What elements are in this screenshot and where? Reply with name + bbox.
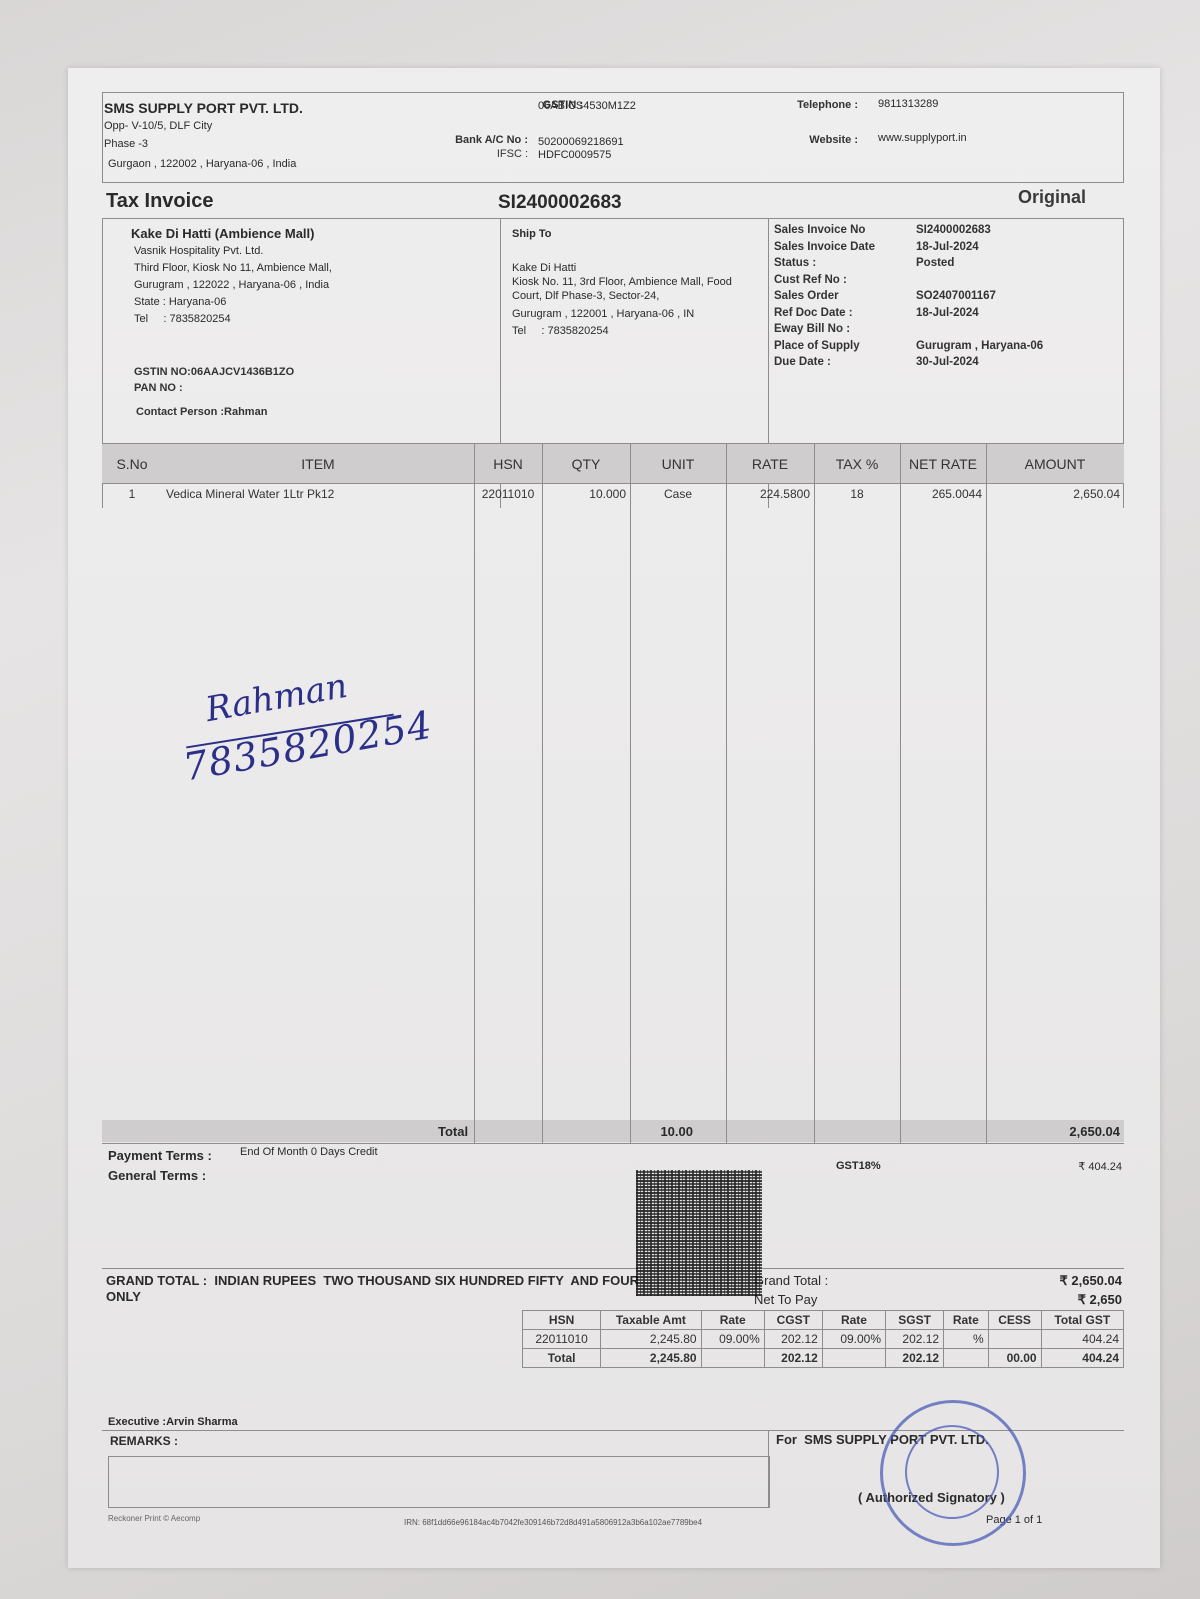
column-divider — [726, 443, 727, 1143]
table-cell: SGST — [886, 1311, 944, 1330]
divider — [102, 218, 1124, 219]
table-cell: 224.5800 — [730, 487, 810, 501]
column-header: ITEM — [162, 456, 474, 472]
total-label: Total — [438, 1124, 468, 1139]
bill-to-line: State : Haryana-06 — [134, 296, 226, 308]
bill-to-line: Tel : 7835820254 — [134, 313, 231, 325]
table-cell: 00.00 — [988, 1349, 1041, 1368]
payment-terms-label: Payment Terms : — [108, 1148, 212, 1163]
total-amount: 2,650.04 — [1008, 1124, 1120, 1139]
table-row: HSNTaxable AmtRateCGSTRateSGSTRateCESSTo… — [523, 1311, 1124, 1330]
table-cell: % — [944, 1330, 989, 1349]
irn-number: IRN: 68f1dd66e96184ac4b7042fe309146b72d8… — [404, 1518, 702, 1527]
meta-label: Eway Bill No : — [774, 323, 850, 335]
table-cell: 404.24 — [1041, 1349, 1123, 1368]
meta-value: 30-Jul-2024 — [916, 356, 979, 368]
executive: Executive :Arvin Sharma — [108, 1416, 238, 1428]
general-terms-label: General Terms : — [108, 1168, 206, 1183]
ship-to-heading: Ship To — [512, 228, 552, 240]
net-to-pay-label: Net To Pay — [754, 1292, 817, 1307]
meta-label: Sales Invoice Date — [774, 241, 875, 253]
bill-to-line: Third Floor, Kiosk No 11, Ambience Mall, — [134, 262, 332, 274]
divider — [1123, 92, 1124, 182]
remarks-box — [108, 1456, 770, 1508]
table-cell: CGST — [764, 1311, 822, 1330]
table-cell: 09.00% — [701, 1330, 764, 1349]
divider — [102, 1143, 1124, 1144]
meta-label: Sales Order — [774, 290, 839, 302]
meta-label: Ref Doc Date : — [774, 307, 853, 319]
table-cell: HSN — [523, 1311, 601, 1330]
meta-label: Cust Ref No : — [774, 274, 847, 286]
ship-to-line: Kiosk No. 11, 3rd Floor, Ambience Mall, … — [512, 276, 732, 288]
seller-website[interactable]: www.supplyport.in — [878, 132, 967, 144]
meta-value: 18-Jul-2024 — [916, 307, 979, 319]
table-cell: 202.12 — [886, 1349, 944, 1368]
ship-to-line: Tel : 7835820254 — [512, 325, 609, 337]
table-cell: 202.12 — [764, 1330, 822, 1349]
ifsc-label: IFSC : — [408, 148, 528, 160]
table-row: 220110102,245.8009.00%202.1209.00%202.12… — [523, 1330, 1124, 1349]
column-divider — [900, 443, 901, 1143]
table-cell: 09.00% — [822, 1330, 885, 1349]
seller-gstin: 06ABICS4530M1Z2 — [538, 100, 636, 112]
meta-label: Sales Invoice No — [774, 224, 865, 236]
table-cell: 18 — [818, 487, 896, 501]
table-cell: Total — [523, 1349, 601, 1368]
table-cell: Rate — [944, 1311, 989, 1330]
gst-value: ₹ 404.24 — [1028, 1160, 1122, 1173]
amount-in-words: GRAND TOTAL : INDIAN RUPEES TWO THOUSAND… — [106, 1273, 639, 1288]
bill-to-name: Kake Di Hatti (Ambience Mall) — [131, 226, 315, 241]
column-header: S.No — [102, 456, 162, 472]
telephone-label: Telephone : — [748, 99, 858, 111]
meta-label: Place of Supply — [774, 340, 860, 352]
meta-label: Due Date : — [774, 356, 831, 368]
document-title: Tax Invoice — [106, 190, 213, 213]
total-qty: 10.00 — [573, 1124, 693, 1139]
bill-to-pan: PAN NO : — [134, 382, 183, 394]
meta-value: Posted — [916, 257, 954, 269]
copy-type: Original — [1018, 187, 1086, 208]
bank-label: Bank A/C No : — [408, 134, 528, 146]
meta-label: Status : — [774, 257, 816, 269]
table-cell — [822, 1349, 885, 1368]
print-credit: Reckoner Print © Aecomp — [108, 1514, 200, 1523]
seller-address-3: Gurgaon , 122002 , Haryana-06 , India — [108, 158, 296, 170]
table-cell: 2,245.80 — [601, 1330, 701, 1349]
divider — [102, 92, 1124, 93]
ship-to-name: Kake Di Hatti — [512, 262, 576, 274]
bill-to-line: Gurugram , 122022 , Haryana-06 , India — [134, 279, 329, 291]
seller-address-1: Opp- V-10/5, DLF City — [104, 120, 212, 132]
table-cell — [701, 1349, 764, 1368]
table-cell: 202.12 — [886, 1330, 944, 1349]
invoice-paper: SMS SUPPLY PORT PVT. LTD. Opp- V-10/5, D… — [68, 68, 1160, 1568]
table-cell: Rate — [701, 1311, 764, 1330]
bill-to-contact: Contact Person :Rahman — [136, 406, 267, 418]
column-divider — [630, 443, 631, 1143]
ship-to-line: Court, Dlf Phase-3, Sector-24, — [512, 290, 659, 302]
column-header: NET RATE — [900, 456, 986, 472]
payment-terms-value: End Of Month 0 Days Credit — [240, 1146, 378, 1158]
ship-to-line: Gurugram , 122001 , Haryana-06 , IN — [512, 308, 694, 320]
meta-value: SO2407001167 — [916, 290, 996, 302]
column-divider — [814, 443, 815, 1143]
bank-account: 50200069218691 — [538, 136, 624, 148]
table-cell: Taxable Amt — [601, 1311, 701, 1330]
table-cell: 1 — [106, 487, 158, 501]
meta-value: Gurugram , Haryana-06 — [916, 340, 1043, 352]
divider — [102, 1268, 1124, 1269]
table-cell: CESS — [988, 1311, 1041, 1330]
column-header: RATE — [726, 456, 814, 472]
column-header: TAX % — [814, 456, 900, 472]
column-header: AMOUNT — [986, 456, 1124, 472]
table-cell — [944, 1349, 989, 1368]
column-divider — [474, 443, 475, 1143]
grand-total-value: ₹ 2,650.04 — [968, 1273, 1122, 1289]
table-cell: Case — [634, 487, 722, 501]
table-cell: 22011010 — [523, 1330, 601, 1349]
website-label: Website : — [748, 134, 858, 146]
net-to-pay-value: ₹ 2,650 — [968, 1292, 1122, 1308]
table-cell: 202.12 — [764, 1349, 822, 1368]
divider — [102, 443, 1124, 444]
table-cell: Vedica Mineral Water 1Ltr Pk12 — [166, 487, 470, 501]
divider — [102, 182, 1124, 183]
ifsc-code: HDFC0009575 — [538, 149, 611, 161]
column-divider — [986, 443, 987, 1143]
column-header: HSN — [474, 456, 542, 472]
bill-to-gstin: GSTIN NO:06AAJCV1436B1ZO — [134, 366, 294, 378]
table-cell: 265.0044 — [904, 487, 982, 501]
remarks-label: REMARKS : — [110, 1434, 178, 1448]
table-cell: 10.000 — [546, 487, 626, 501]
column-header: QTY — [542, 456, 630, 472]
seller-address-2: Phase -3 — [104, 138, 148, 150]
meta-value: SI2400002683 — [916, 224, 991, 236]
column-header: UNIT — [630, 456, 726, 472]
table-cell: 22011010 — [478, 487, 538, 501]
table-row: Total2,245.80202.12202.1200.00404.24 — [523, 1349, 1124, 1368]
table-cell: 2,245.80 — [601, 1349, 701, 1368]
gst-label: GST18% — [836, 1160, 881, 1172]
bill-to-line: Vasnik Hospitality Pvt. Ltd. — [134, 245, 263, 257]
seller-name: SMS SUPPLY PORT PVT. LTD. — [104, 100, 303, 116]
table-cell: Rate — [822, 1311, 885, 1330]
table-cell — [988, 1330, 1041, 1349]
e-invoice-qr-code — [636, 1170, 762, 1296]
meta-value: 18-Jul-2024 — [916, 241, 979, 253]
divider — [102, 92, 103, 182]
seller-telephone: 9811313289 — [878, 98, 938, 110]
divider — [102, 483, 1124, 484]
company-stamp — [880, 1400, 1026, 1546]
grand-total-label: Grand Total : — [754, 1273, 828, 1288]
gst-breakup-table: HSNTaxable AmtRateCGSTRateSGSTRateCESSTo… — [522, 1310, 1124, 1368]
divider — [768, 1430, 769, 1508]
table-cell: Total GST — [1041, 1311, 1123, 1330]
column-divider — [542, 443, 543, 1143]
invoice-number: SI2400002683 — [498, 192, 622, 214]
amount-in-words-2: ONLY — [106, 1289, 141, 1304]
table-cell: 2,650.04 — [990, 487, 1120, 501]
table-cell: 404.24 — [1041, 1330, 1123, 1349]
